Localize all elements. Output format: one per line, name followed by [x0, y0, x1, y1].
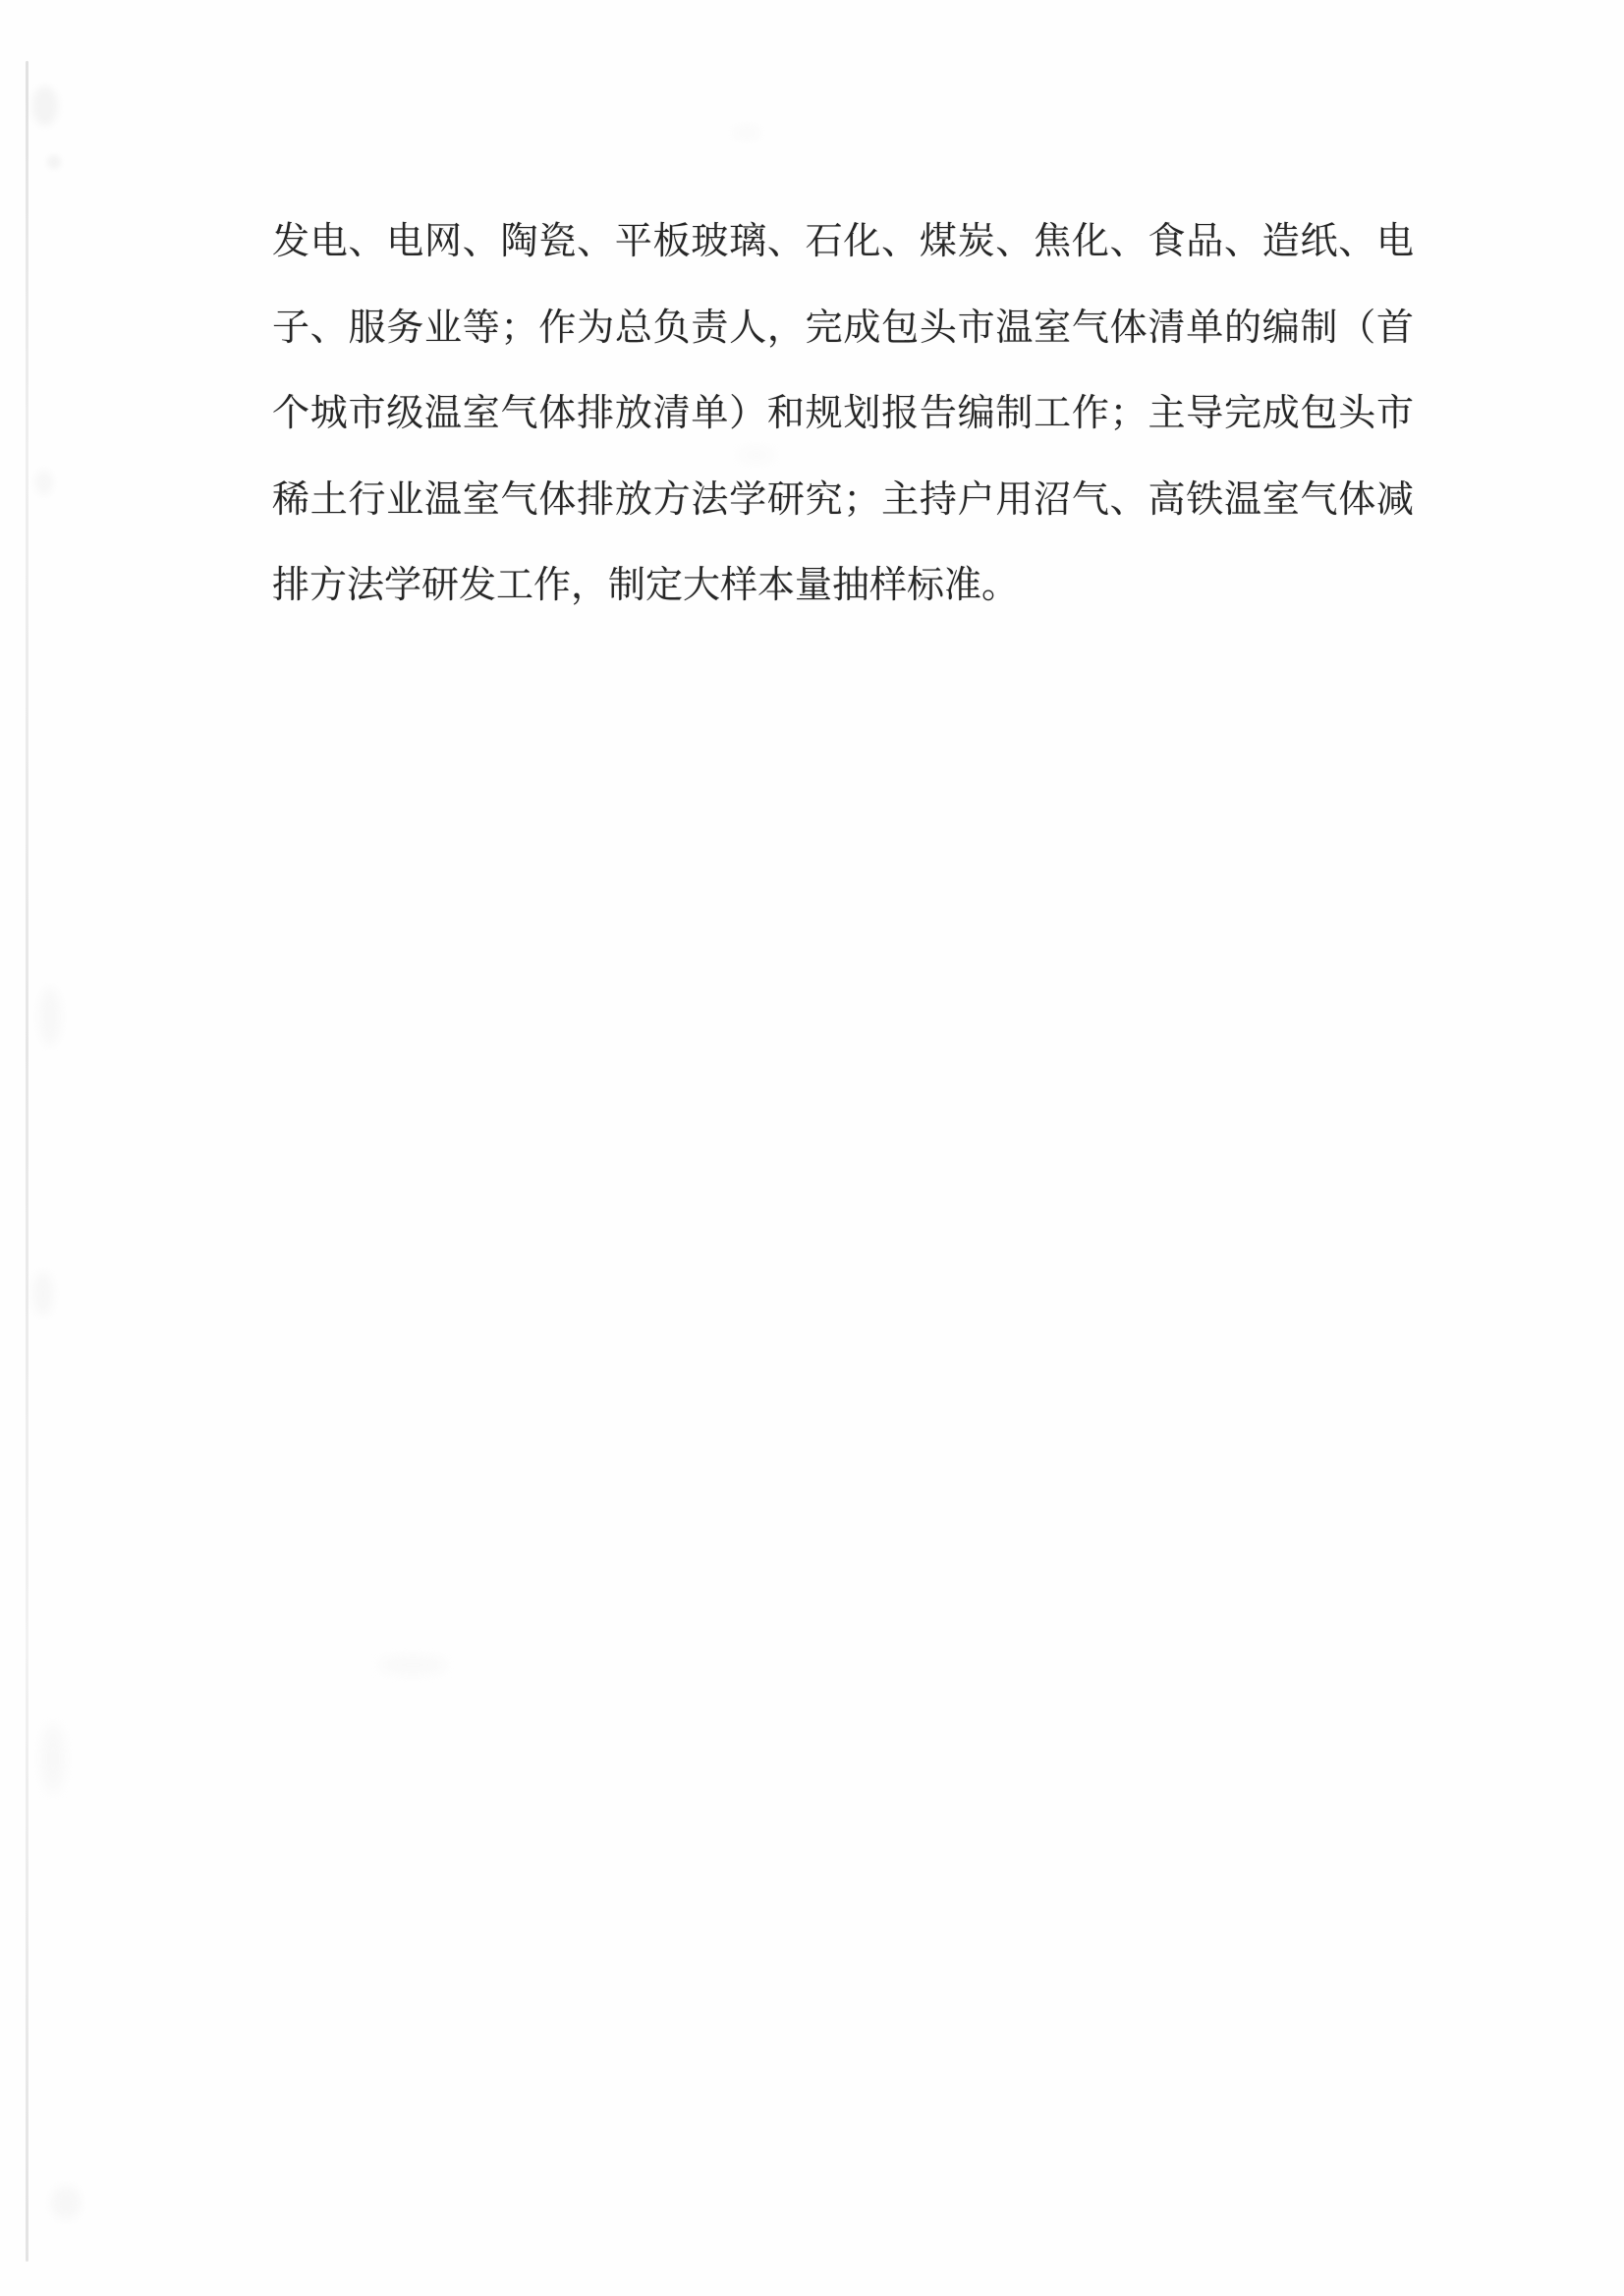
paragraph-line-2: 子、服务业等；作为总负责人，完成包头市温室气体清单的编制（首 — [272, 286, 1414, 372]
scan-smudge — [32, 86, 58, 126]
paragraph-line-5: 排方法学研发工作，制定大样本量抽样标准。 — [272, 543, 1414, 630]
scan-edge-artifact — [26, 61, 28, 2262]
paragraph-line-3: 个城市级温室气体排放清单）和规划报告编制工作；主导完成包头市 — [272, 371, 1414, 458]
scanned-page: 发电、电网、陶瓷、平板玻璃、石化、煤炭、焦化、食品、造纸、电 子、服务业等；作为… — [0, 0, 1624, 2296]
paragraph: 发电、电网、陶瓷、平板玻璃、石化、煤炭、焦化、食品、造纸、电 子、服务业等；作为… — [272, 199, 1414, 630]
scan-smudge — [47, 155, 61, 169]
paragraph-line-1: 发电、电网、陶瓷、平板玻璃、石化、煤炭、焦化、食品、造纸、电 — [272, 199, 1414, 286]
scan-smudge — [41, 1724, 65, 1793]
paragraph-line-4: 稀土行业温室气体排放方法学研究；主持户用沼气、高铁温室气体减 — [272, 458, 1414, 544]
scan-smudge — [35, 470, 53, 495]
scan-smudge — [39, 987, 61, 1046]
scan-smudge — [378, 1655, 447, 1675]
scan-smudge — [51, 2186, 81, 2219]
scan-smudge — [732, 126, 761, 140]
scan-smudge — [33, 1272, 53, 1316]
